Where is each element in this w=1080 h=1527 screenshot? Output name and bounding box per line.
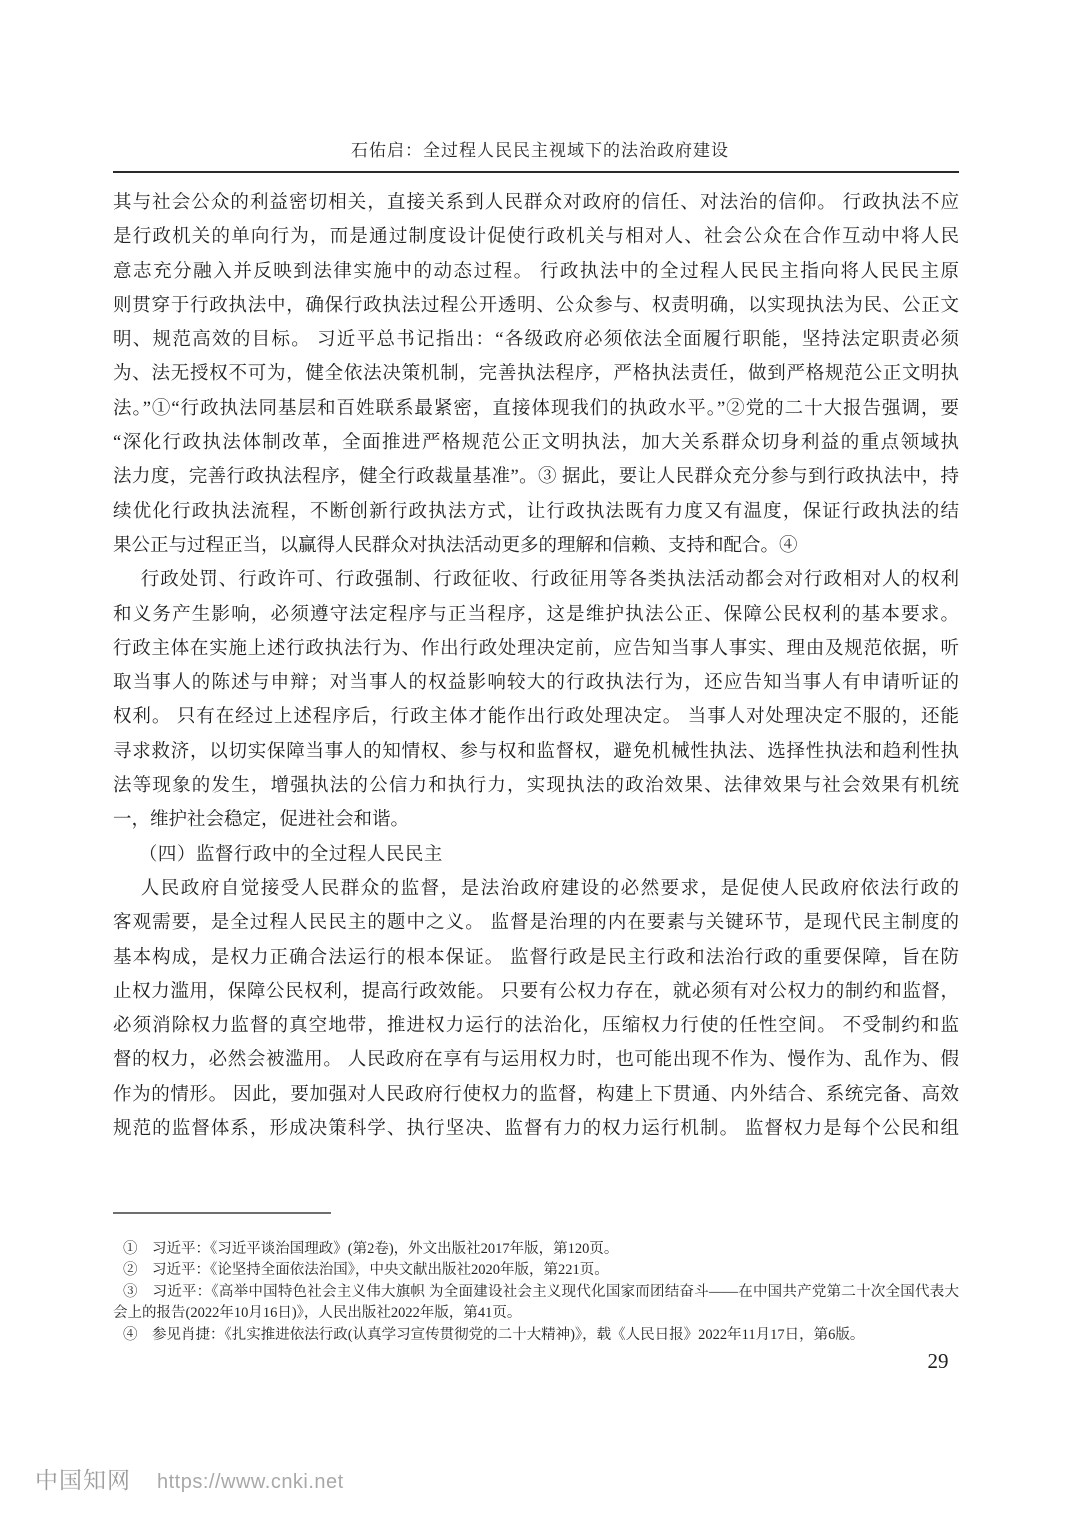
text-line: “深化行政执法体制改革，全面推进严格规范公正文明执法，加大关系群众切身利益的重点… [113,426,959,460]
cnki-watermark: 中国知网 https://www.cnki.net [35,1462,344,1495]
footnotes-block: ① 习近平：《习近平谈治国理政》(第2卷)，外文出版社2017年版，第120页。… [113,1239,959,1346]
running-head-title: 石佑启：全过程人民民主视域下的法治政府建设 [0,141,1080,161]
text-line: ② 习近平：《论坚持全面依法治国》，中央文献出版社2020年版，第221页。 [113,1260,959,1281]
text-line: 果公正与过程正当，以赢得人民群众对执法活动更多的理解和信赖、支持和配合。④ [113,529,959,563]
text-line: 其与社会公众的利益密切相关，直接关系到人民群众对政府的信任、对法治的信仰。 行政… [113,186,959,220]
text-line: ④ 参见肖捷：《扎实推进依法行政(认真学习宣传贯彻党的二十大精神)》，载《人民日… [113,1325,959,1346]
header-rule [113,171,959,173]
paragraph-supervision: 人民政府自觉接受人民群众的监督，是法治政府建设的必然要求，是促使人民政府依法行政… [113,872,959,1146]
text-line: 是行政机关的单向行为，而是通过制度设计促使行政机关与相对人、社会公众在合作互动中… [113,220,959,254]
text-line: 一，维护社会稳定，促进社会和谐。 [113,803,959,837]
text-line: 基本构成，是权力正确合法运行的根本保证。 监督行政是民主行政和法治行政的重要保障… [113,941,959,975]
text-line: 为、法无授权不可为，健全依法决策机制，完善执法程序，严格执法责任，做到严格规范公… [113,357,959,391]
text-line: 则贯穿于行政执法中，确保行政执法过程公开透明、公众参与、权责明确，以实现执法为民… [113,289,959,323]
page-number: 29 [903,1349,973,1374]
cnki-url-text: https://www.cnki.net [157,1471,344,1494]
text-line: 会上的报告(2022年10月16日)》，人民出版社2022年版，第41页。 [113,1303,959,1324]
text-line: 取当事人的陈述与申辩；对当事人的权益影响较大的行政执法行为，还应告知当事人有申请… [113,666,959,700]
text-line: ① 习近平：《习近平谈治国理政》(第2卷)，外文出版社2017年版，第120页。 [113,1239,959,1260]
text-line: 法力度，完善行政执法程序，健全行政裁量基准”。③ 据此，要让人民群众充分参与到行… [113,460,959,494]
text-line: 和义务产生影响，必须遵守法定程序与正当程序，这是维护执法公正、保障公民权利的基本… [113,598,959,632]
cnki-logo-text: 中国知网 [35,1462,131,1495]
text-line: 续优化行政执法流程，不断创新行政执法方式，让行政执法既有力度又有温度，保证行政执… [113,495,959,529]
text-line: 人民政府自觉接受人民群众的监督，是法治政府建设的必然要求，是促使人民政府依法行政… [113,872,959,906]
text-line: 行政主体在实施上述行政执法行为、作出行政处理决定前，应告知当事人事实、理由及规范… [113,632,959,666]
footnote-separator-rule [113,1212,331,1214]
text-line: 权利。 只有在经过上述程序后，行政主体才能作出行政处理决定。 当事人对处理决定不… [113,700,959,734]
text-line: 法等现象的发生，增强执法的公信力和执行力，实现执法的政治效果、法律效果与社会效果… [113,769,959,803]
text-line: 客观需要，是全过程人民民主的题中之义。 监督是治理的内在要素与关键环节，是现代民… [113,906,959,940]
text-line: 明、规范高效的目标。 习近平总书记指出：“各级政府必须依法全面履行职能，坚持法定… [113,323,959,357]
text-line: 行政处罚、行政许可、行政强制、行政征收、行政征用等各类执法活动都会对行政相对人的… [113,563,959,597]
section-heading: （四）监督行政中的全过程人民民主 [113,838,959,872]
paragraph-due-process: 行政处罚、行政许可、行政强制、行政征收、行政征用等各类执法活动都会对行政相对人的… [113,563,959,837]
text-line: 规范的监督体系，形成决策科学、执行坚决、监督有力的权力运行机制。 监督权力是每个… [113,1112,959,1146]
text-line: 意志充分融入并反映到法律实施中的动态过程。 行政执法中的全过程人民民主指向将人民… [113,255,959,289]
article-body: 其与社会公众的利益密切相关，直接关系到人民群众对政府的信任、对法治的信仰。 行政… [113,186,959,1146]
paragraph-continuation: 其与社会公众的利益密切相关，直接关系到人民群众对政府的信任、对法治的信仰。 行政… [113,186,959,563]
text-line: 必须消除权力监督的真空地带，推进权力运行的法治化，压缩权力行使的任性空间。 不受… [113,1009,959,1043]
text-line: 寻求救济，以切实保障当事人的知情权、参与权和监督权，避免机械性执法、选择性执法和… [113,735,959,769]
text-line: 作为的情形。 因此，要加强对人民政府行使权力的监督，构建上下贯通、内外结合、系统… [113,1078,959,1112]
paper-page: 石佑启：全过程人民民主视域下的法治政府建设 其与社会公众的利益密切相关，直接关系… [0,0,1080,1527]
text-line: 法。”①“行政执法同基层和百姓联系最紧密，直接体现我们的执政水平。”②党的二十大… [113,392,959,426]
text-line: ③ 习近平：《高举中国特色社会主义伟大旗帜 为全面建设社会主义现代化国家而团结奋… [113,1282,959,1303]
text-line: 止权力滥用，保障公民权利，提高行政效能。 只要有公权力存在，就必须有对公权力的制… [113,975,959,1009]
text-line: 督的权力，必然会被滥用。 人民政府在享有与运用权力时，也可能出现不作为、慢作为、… [113,1043,959,1077]
